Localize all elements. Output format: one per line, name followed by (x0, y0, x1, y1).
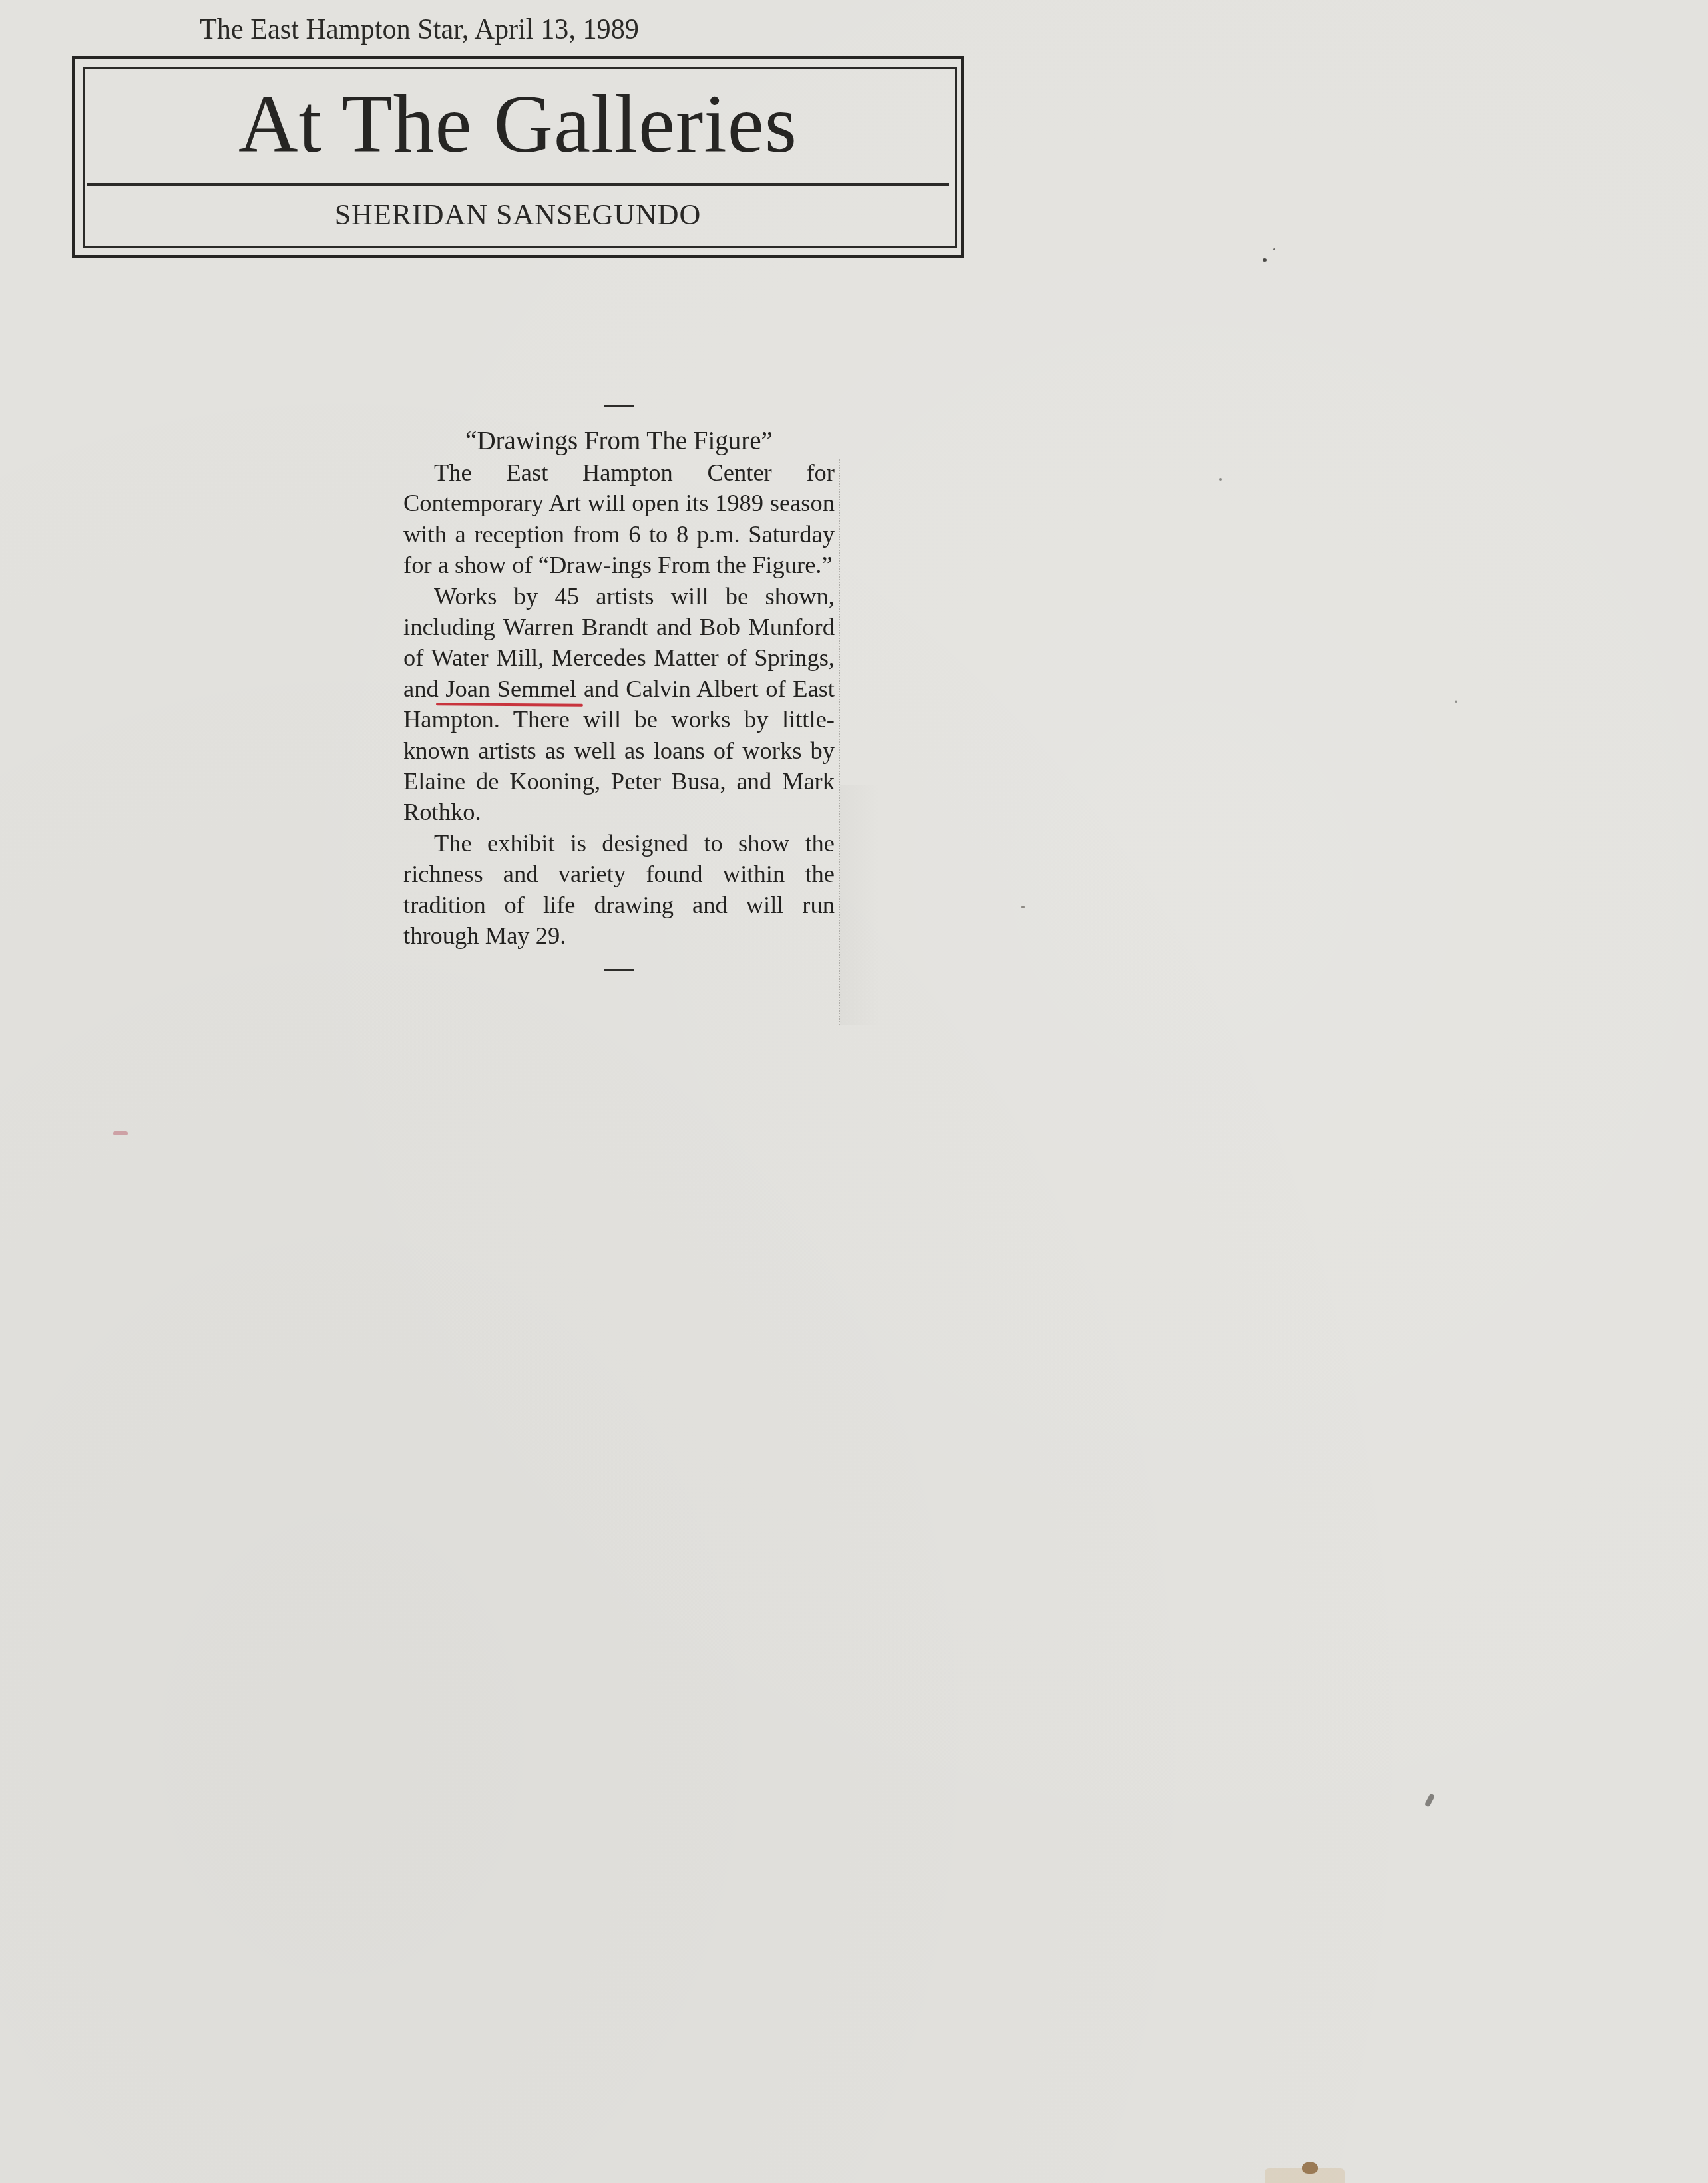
red-ink-mark (113, 1131, 128, 1135)
paper-speck (1273, 248, 1275, 250)
red-underlined-name: Joan Semmel (445, 675, 576, 702)
paper-speck (1021, 906, 1025, 908)
masthead-divider (87, 183, 949, 186)
article-paragraph-3: The exhibit is designed to show the rich… (403, 828, 835, 952)
author-byline: SHERIDAN SANSEGUNDO (75, 198, 961, 232)
article-clipping: “Drawings From The Figure” The East Hamp… (403, 393, 835, 971)
clipping-edge-shade (840, 785, 880, 1025)
paper-speck (1263, 258, 1267, 262)
article-paragraph-1: The East Hampton Center for Contemporary… (403, 457, 835, 581)
paper-speck (1219, 478, 1222, 481)
brown-spot (1302, 2162, 1318, 2174)
article-paragraph-2: Works by 45 artists will be shown, inclu… (403, 581, 835, 828)
paper-speck (1455, 700, 1457, 703)
column-title: At The Galleries (75, 83, 961, 166)
paper-blemish (1424, 1793, 1435, 1807)
dateline: The East Hampton Star, April 13, 1989 (200, 12, 639, 46)
separator-bottom (604, 969, 634, 971)
column-masthead: At The Galleries SHERIDAN SANSEGUNDO (72, 56, 964, 258)
separator-top (604, 405, 634, 407)
article-headline: “Drawings From The Figure” (403, 425, 835, 457)
